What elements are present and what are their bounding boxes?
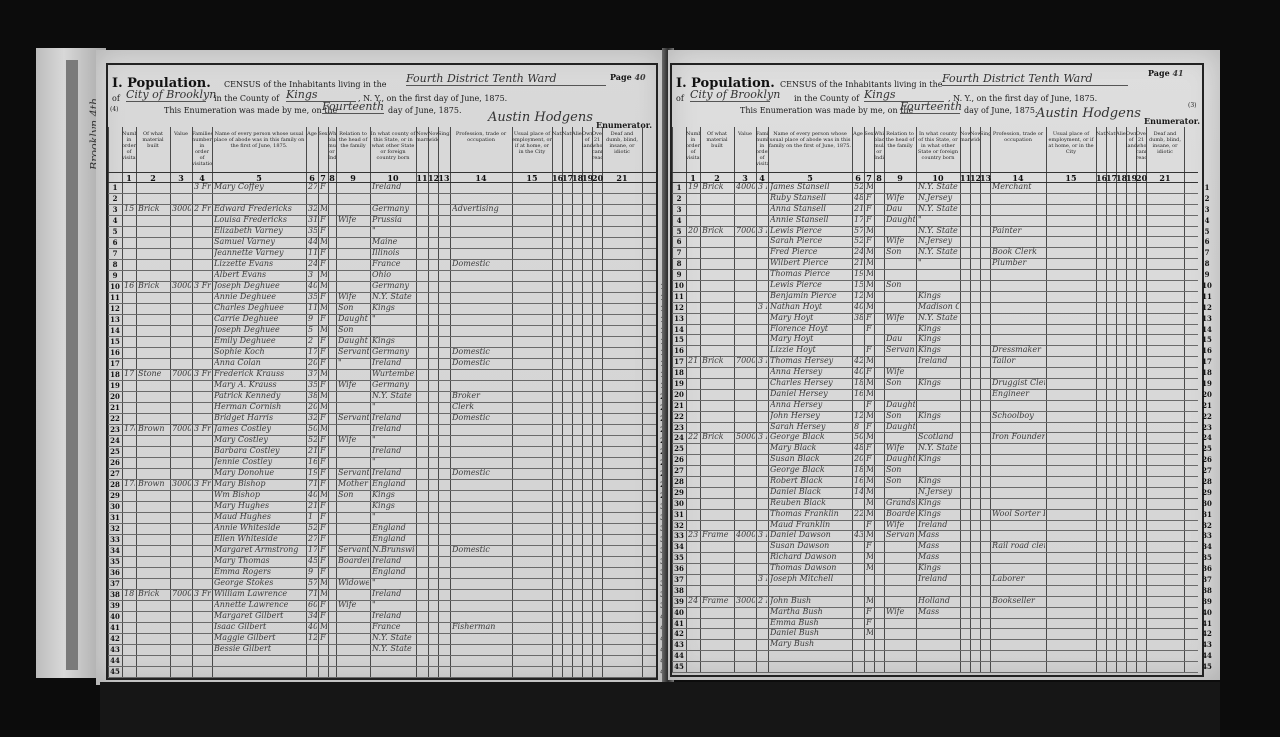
cell-name: Mary A. Krauss [214, 380, 305, 389]
cell-sex: M [320, 303, 327, 312]
cell-name: Jeannette Varney [214, 248, 305, 257]
cell-name: Mary Costley [214, 435, 305, 444]
cell-c2: Brown [138, 479, 169, 488]
cell-birth: Germany [372, 347, 415, 356]
cell-name: Mary Donohue [214, 468, 305, 477]
cell-sex: F [320, 292, 327, 301]
cell-c1: 19 [688, 182, 699, 191]
column-number: 21 [602, 173, 642, 183]
cell-sex: M [866, 432, 873, 441]
cell-c3: 3000 [736, 596, 755, 605]
cell-sex: F [320, 248, 327, 257]
row-number: 33 [1200, 531, 1214, 540]
row-number: 6 [108, 238, 122, 247]
row-number: 42 [1200, 629, 1214, 638]
cell-age: 40 [308, 622, 317, 631]
row-number: 14 [672, 325, 686, 334]
cell-name: George Stokes [214, 578, 305, 587]
cell-sex: M [866, 247, 873, 256]
cell-age: 44 [308, 237, 317, 246]
cell-rel: Son [338, 325, 369, 334]
cell-c2: Brick [702, 356, 733, 365]
cell-birth: Kings [918, 345, 959, 354]
cell-rel: Daught [886, 454, 915, 463]
cell-birth: Ireland [372, 424, 415, 433]
cell-name: Joseph Deghuee [214, 281, 305, 290]
row-number: 11 [1200, 292, 1214, 301]
cell-name: Joseph Mitchell [770, 574, 851, 583]
cell-name: Isaac Gilbert [214, 622, 305, 631]
cell-birth: Germany [372, 380, 415, 389]
county-label: in the County of [794, 94, 859, 103]
cell-occ: Domestic [452, 259, 511, 268]
cell-birth: Wurtemberg [372, 369, 415, 378]
cell-c4: 3 Fr [758, 302, 767, 311]
row-number: 26 [108, 458, 122, 467]
cell-age: 57 [308, 578, 317, 587]
column-header-c21: Deaf and dumb, blind, insane, or idiotic [1146, 131, 1184, 170]
row-number: 22 [108, 414, 122, 423]
cell-birth: Kings [918, 334, 959, 343]
column-number: 21 [1146, 173, 1184, 183]
cell-age: 17 [308, 347, 317, 356]
row-number: 25 [108, 447, 122, 456]
cell-sex: F [320, 611, 327, 620]
cell-sex: F [320, 413, 327, 422]
row-rule [672, 280, 1198, 281]
cell-c3: 7000 [736, 226, 755, 235]
cell-birth: N.Brunswick [372, 545, 415, 554]
column-number: 20 [1136, 173, 1146, 183]
row-number: 41 [1200, 619, 1214, 628]
row-rule [672, 585, 1198, 586]
cell-sex: M [866, 628, 873, 637]
cell-name: Fred Pierce [770, 247, 851, 256]
cell-birth: " [918, 215, 959, 224]
row-number: 41 [672, 619, 686, 628]
cell-name: James Stansell [770, 182, 851, 191]
cell-name: Mary Bishop [214, 479, 305, 488]
row-number: 22 [672, 412, 686, 421]
district-field: Fourth District Tenth Ward [406, 72, 606, 86]
enumeration-day: Fourteenth [322, 100, 384, 114]
row-rule [672, 389, 1198, 390]
column-header-c4: Families numbered in order of visitation [192, 131, 212, 170]
cell-name: Daniel Black [770, 487, 851, 496]
cell-birth: Mass [918, 552, 959, 561]
row-number: 17 [1200, 357, 1214, 366]
row-number: 5 [672, 227, 686, 236]
cell-age: 2 [308, 336, 317, 345]
column-header-c19: Owner of land [582, 131, 592, 170]
cell-sex: M [866, 378, 873, 387]
cell-birth: " [372, 314, 415, 323]
column-header-c8: White, black, mulatto, or Indian [328, 131, 336, 170]
cell-name: Frederick Krauss [214, 369, 305, 378]
cell-birth: Kings [918, 509, 959, 518]
cell-c2: Brick [138, 281, 169, 290]
column-number: 18 [1116, 173, 1126, 183]
column-header-c12: Now widowed [428, 131, 438, 170]
cell-name: James Costley [214, 424, 305, 433]
cell-rel: Servant [338, 545, 369, 554]
cell-name: Charles Hersey [770, 378, 851, 387]
cell-name: Anna Hersey [770, 400, 851, 409]
row-number: 7 [108, 249, 122, 258]
row-number: 2 [1200, 194, 1214, 203]
column-number: 11 [960, 173, 970, 183]
column-header-c10: In what county of this State, or in what… [916, 131, 960, 170]
cell-sex: F [866, 422, 873, 431]
cell-rel: Wife [338, 292, 369, 301]
cell-sex: F [866, 443, 873, 452]
row-number: 44 [672, 651, 686, 660]
cell-age: 19 [308, 468, 317, 477]
row-number: 26 [672, 455, 686, 464]
cell-rel: Grandson [886, 498, 915, 507]
cell-age: 1 [308, 512, 317, 521]
cell-birth: N.Y. State [918, 182, 959, 191]
row-number: 7 [1200, 248, 1214, 257]
column-number: 13 [980, 173, 990, 183]
row-number: 14 [1200, 325, 1214, 334]
cell-c1: 16 [124, 281, 135, 290]
cell-rel: Wife [886, 367, 915, 376]
row-number: 9 [672, 270, 686, 279]
cell-birth: Ireland [372, 446, 415, 455]
enumeration-label: This Enumeration was made by me, on the [740, 106, 913, 115]
cell-occ: Domestic [452, 468, 511, 477]
cell-birth: Ireland [372, 468, 415, 477]
cell-birth: Ireland [372, 182, 415, 191]
row-number: 12 [1200, 303, 1214, 312]
cell-birth: N.Y. State [918, 313, 959, 322]
cell-birth: Kings [918, 476, 959, 485]
row-number: 4 [672, 216, 686, 225]
cell-sex: F [320, 182, 327, 191]
row-number: 10 [672, 281, 686, 290]
cell-sex: F [320, 336, 327, 345]
row-number: 17 [108, 359, 122, 368]
cell-sex: M [320, 424, 327, 433]
cell-occ: Domestic [452, 413, 511, 422]
cell-birth: Ohio [372, 270, 415, 279]
cell-sex: F [866, 215, 873, 224]
cell-rel: Son [886, 280, 915, 289]
cell-birth: Mass [918, 541, 959, 550]
cell-c2: Brick [138, 204, 169, 213]
cell-sex: F [320, 479, 327, 488]
cell-age: 40 [854, 367, 863, 376]
cell-birth: Kings [372, 336, 415, 345]
cell-sex: F [320, 556, 327, 565]
cell-age: 20 [308, 402, 317, 411]
cell-age: 35 [308, 380, 317, 389]
cell-name: Emma Rogers [214, 567, 305, 576]
row-number: 31 [108, 513, 122, 522]
cell-name: Daniel Dawson [770, 530, 851, 539]
cell-occ: Fisherman [452, 622, 511, 631]
column-number: 17 [562, 173, 572, 183]
column-header-c1: Number in order of visitation [122, 131, 136, 170]
cell-name: Wm Bishop [214, 490, 305, 499]
cell-rel: Wife [886, 193, 915, 202]
cell-c4: 2 Fr [194, 204, 211, 213]
cell-sex: F [320, 457, 327, 466]
row-number: 40 [1200, 608, 1214, 617]
column-header-c15: Usual place of employment, or if at home… [1046, 131, 1096, 170]
cell-name: George Black [770, 465, 851, 474]
cell-name: Carrie Deghuee [214, 314, 305, 323]
cell-birth: Mass [918, 607, 959, 616]
cell-age: 18 [854, 465, 863, 474]
row-number: 35 [1200, 553, 1214, 562]
cell-c3: 7000 [172, 424, 191, 433]
cell-age: 48 [854, 443, 863, 452]
column-header-c6: Age [306, 131, 318, 170]
column-header-c9: Relation to the head of the family [336, 131, 370, 170]
cell-sex: M [866, 280, 873, 289]
row-number: 44 [1200, 651, 1214, 660]
cell-birth: France [372, 259, 415, 268]
cell-c1: 18 [124, 589, 135, 598]
row-number: 41 [108, 623, 122, 632]
cell-sex: F [866, 236, 873, 245]
column-header-c20: Over 21 who cannot read [1136, 131, 1146, 170]
row-number: 35 [672, 553, 686, 562]
cell-c1: 22 [688, 432, 699, 441]
cell-age: 20 [854, 454, 863, 463]
cell-age: 48 [854, 193, 863, 202]
column-header-c13: Single [438, 131, 450, 170]
row-number: 25 [1200, 444, 1214, 453]
cell-age: 52 [308, 523, 317, 532]
cell-occ: Bookseller [992, 596, 1045, 605]
cell-name: Ellen Whiteside [214, 534, 305, 543]
column-header-c18: Alien [572, 131, 582, 170]
cell-sex: F [866, 520, 873, 529]
column-header-c20: Over 21 who cannot read [592, 131, 602, 170]
state-line: , N. Y., on the first day of June, 1875. [948, 94, 1097, 103]
cell-birth: N.Y. State [372, 633, 415, 642]
row-number: 24 [1200, 433, 1214, 442]
enumeration-label: This Enumeration was made by me, on the [164, 106, 337, 115]
row-rule [108, 666, 656, 667]
row-number: 12 [108, 304, 122, 313]
row-number: 3 [1200, 205, 1214, 214]
cell-name: Sarah Hersey [770, 422, 851, 431]
column-header-c9: Relation to the head of the family [884, 131, 916, 170]
enumeration-day: Fourteenth [900, 100, 960, 114]
cell-name: Annie Deghuee [214, 292, 305, 301]
row-number: 23 [1200, 423, 1214, 432]
cell-c4: 3 Fr [194, 424, 211, 433]
row-number: 18 [1200, 368, 1214, 377]
cell-sex: F [320, 600, 327, 609]
cell-birth: Ireland [372, 413, 415, 422]
cell-sex: M [320, 391, 327, 400]
cell-c1: 21 [688, 356, 699, 365]
row-number: 39 [672, 597, 686, 606]
cell-sex: F [320, 435, 327, 444]
row-number: 14 [108, 326, 122, 335]
column-number: 8 [874, 173, 884, 183]
cell-name: Thomas Franklin [770, 509, 851, 518]
cell-name: Annie Whiteside [214, 523, 305, 532]
cell-age: 52 [854, 182, 863, 191]
row-number: 36 [672, 564, 686, 573]
cell-c4: 3 Fr [758, 226, 767, 235]
cell-name: Mary Hoyt [770, 313, 851, 322]
row-number: 2 [108, 194, 122, 203]
cell-name: Benjamin Pierce [770, 291, 851, 300]
column-number: 13 [438, 173, 450, 183]
cell-sex: M [866, 596, 873, 605]
cell-age: 17 [854, 215, 863, 224]
cell-name: Maud Franklin [770, 520, 851, 529]
cell-birth: " [372, 578, 415, 587]
cell-birth: N.Y. State [918, 443, 959, 452]
row-number: 32 [672, 521, 686, 530]
column-number: 18 [572, 173, 582, 183]
cell-name: Mary Bush [770, 639, 851, 648]
row-number: 9 [1200, 270, 1214, 279]
cell-sex: M [866, 291, 873, 300]
cell-name: George Black [770, 432, 851, 441]
row-rule [672, 628, 1198, 629]
cell-c1: 15 [124, 204, 135, 213]
cell-c2: Stone [138, 369, 169, 378]
cell-birth: " [918, 258, 959, 267]
cell-name: Martha Bush [770, 607, 851, 616]
cell-birth: N.Jersey [918, 487, 959, 496]
cell-name: Margaret Armstrong [214, 545, 305, 554]
row-number: 32 [108, 524, 122, 533]
row-number: 5 [1200, 227, 1214, 236]
cell-rel: Wife [338, 435, 369, 444]
cell-name: Bridget Harris [214, 413, 305, 422]
cell-birth: " [372, 457, 415, 466]
column-number: 9 [884, 173, 916, 183]
row-rule [672, 422, 1198, 423]
cell-sex: F [320, 545, 327, 554]
cell-name: Anna Hersey [770, 367, 851, 376]
cell-age: 35 [308, 292, 317, 301]
cell-name: Lewis Pierce [770, 280, 851, 289]
cell-age: 35 [308, 226, 317, 235]
cell-sex: F [320, 468, 327, 477]
form-marker: (3) [1188, 102, 1197, 109]
cell-sex: F [320, 633, 327, 642]
cell-birth: Kings [918, 454, 959, 463]
cell-sex: M [320, 237, 327, 246]
row-number: 25 [672, 444, 686, 453]
cell-birth: " [372, 226, 415, 235]
row-rule [108, 655, 656, 656]
row-number: 27 [1200, 466, 1214, 475]
cell-sex: M [866, 226, 873, 235]
of-label: of [112, 94, 120, 103]
cell-c2: Brown [138, 424, 169, 433]
cell-rel: Wife [338, 380, 369, 389]
cell-sex: M [866, 552, 873, 561]
cell-c3: 7000 [172, 589, 191, 598]
column-number: 9 [336, 173, 370, 183]
row-number: 37 [108, 579, 122, 588]
cell-sex: F [320, 567, 327, 576]
row-number: 37 [1200, 575, 1214, 584]
row-number: 43 [1200, 640, 1214, 649]
cell-c4: 3 Fr [758, 356, 767, 365]
page-label: Page 41 [1148, 68, 1184, 78]
cell-name: Anna Stansell [770, 204, 851, 213]
row-number: 8 [1200, 259, 1214, 268]
cell-name: Florence Hoyt [770, 324, 851, 333]
cell-birth: Mass [918, 530, 959, 539]
column-header-c4: Families numbered in order of visitation [756, 131, 768, 170]
cell-c1: 17 [124, 369, 135, 378]
cell-age: 60 [308, 600, 317, 609]
cell-age: 34 [308, 611, 317, 620]
cell-name: Albert Evans [214, 270, 305, 279]
row-number: 6 [672, 237, 686, 246]
cell-birth: Ireland [918, 356, 959, 365]
column-header-c12: Now widowed [970, 131, 980, 170]
cell-sex: F [320, 523, 327, 532]
row-number: 11 [108, 293, 122, 302]
row-number: 2 [672, 194, 686, 203]
row-number: 29 [108, 491, 122, 500]
column-header-c10: In what county of this State, or in what… [370, 131, 416, 170]
cell-c4: 3 Fr [194, 479, 211, 488]
cell-age: 27 [308, 182, 317, 191]
cell-name: Barbara Costley [214, 446, 305, 455]
column-number: 11 [416, 173, 428, 183]
row-number: 18 [672, 368, 686, 377]
column-number: 12 [428, 173, 438, 183]
cell-c3: 3000 [172, 479, 191, 488]
row-number: 27 [108, 469, 122, 478]
cell-rel: Boarder [338, 556, 369, 565]
cell-birth: Ireland [372, 358, 415, 367]
cell-rel: Wife [886, 520, 915, 529]
column-header-c3: Value [734, 131, 756, 170]
column-header-c16: Native [1096, 131, 1106, 170]
cell-birth: Kings [918, 563, 959, 572]
cell-sex: M [866, 509, 873, 518]
cell-age: 8 [854, 422, 863, 431]
cell-rel: Son [886, 465, 915, 474]
column-header-c2: Of what material built [136, 131, 170, 170]
cell-age: 50 [308, 424, 317, 433]
cell-birth: Kings [918, 324, 959, 333]
cell-name: Anna Colan [214, 358, 305, 367]
of-label: of [676, 94, 684, 103]
cell-sex: F [866, 193, 873, 202]
cell-birth: Maine [372, 237, 415, 246]
cell-occ: Clerk [452, 402, 511, 411]
cell-age: 37 [308, 369, 317, 378]
row-number: 36 [108, 568, 122, 577]
row-rule [672, 269, 1198, 270]
cell-birth: " [372, 512, 415, 521]
row-number: 33 [672, 531, 686, 540]
cell-age: 40 [308, 490, 317, 499]
cell-name: Annette Lawrence [214, 600, 305, 609]
row-number: 29 [672, 488, 686, 497]
cell-name: Richard Dawson [770, 552, 851, 561]
cell-name: Daniel Hersey [770, 389, 851, 398]
